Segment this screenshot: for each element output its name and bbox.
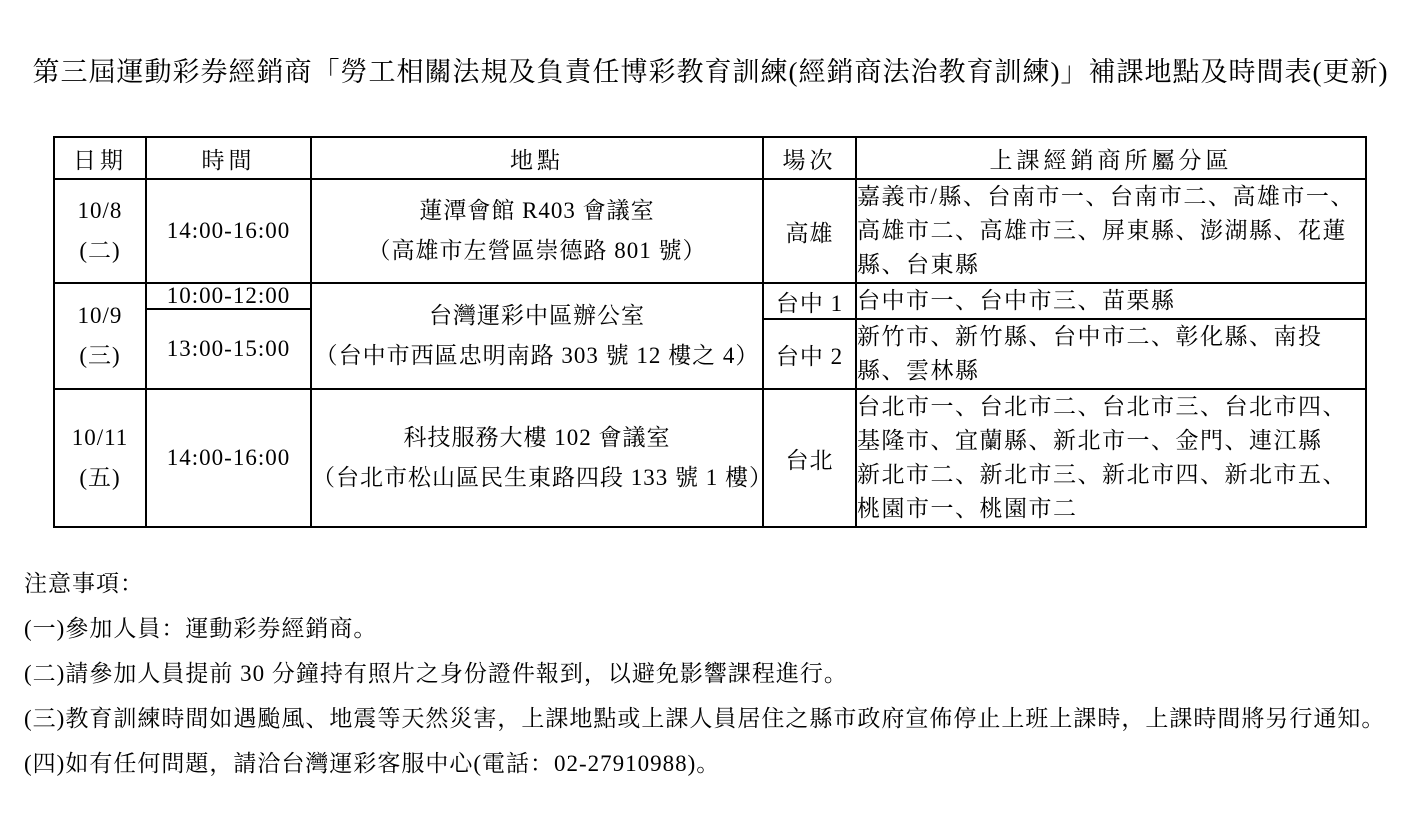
- session-cell-taichung-2: 台中 2: [763, 319, 856, 389]
- time-cell-taichung-1: 10:00-12:00: [146, 283, 311, 309]
- date-cell-taichung: 10/9 (三): [54, 283, 146, 389]
- session-cell-taichung-1: 台中 1: [763, 283, 856, 319]
- note-item-1: (一)參加人員：運動彩券經銷商。: [24, 606, 1385, 651]
- date-cell-kaohsiung: 10/8 (二): [54, 179, 146, 283]
- date-cell-taipei: 10/11 (五): [54, 389, 146, 527]
- districts-cell-taichung-1: 台中市一、台中市三、苗栗縣: [856, 283, 1366, 319]
- location-cell-taipei: 科技服務大樓 102 會議室 （台北市松山區民生東路四段 133 號 1 樓）: [311, 389, 763, 527]
- schedule-table: 日期 時間 地點 場次 上課經銷商所屬分區 10/8 (二) 14:00-16:…: [53, 136, 1367, 528]
- header-districts: 上課經銷商所屬分區: [856, 137, 1366, 179]
- document-page: 第三屆運動彩券經銷商「勞工相關法規及負責任博彩教育訓練(經銷商法治教育訓練)」補…: [0, 0, 1421, 813]
- districts-cell-taichung-2: 新竹市、新竹縣、台中市二、彰化縣、南投 縣、雲林縣: [856, 319, 1366, 389]
- notes-heading: 注意事項：: [24, 561, 1385, 606]
- table-header-row: 日期 時間 地點 場次 上課經銷商所屬分區: [54, 137, 1366, 179]
- session-cell-taipei: 台北: [763, 389, 856, 527]
- header-date: 日期: [54, 137, 146, 179]
- note-item-4: (四)如有任何問題，請洽台灣運彩客服中心(電話：02-27910988)。: [24, 741, 1385, 786]
- header-session: 場次: [763, 137, 856, 179]
- time-cell-kaohsiung: 14:00-16:00: [146, 179, 311, 283]
- header-time: 時間: [146, 137, 311, 179]
- schedule-table-wrapper: 日期 時間 地點 場次 上課經銷商所屬分區 10/8 (二) 14:00-16:…: [53, 136, 1367, 528]
- page-title: 第三屆運動彩券經銷商「勞工相關法規及負責任博彩教育訓練(經銷商法治教育訓練)」補…: [0, 50, 1421, 89]
- table-row-taipei: 10/11 (五) 14:00-16:00 科技服務大樓 102 會議室 （台北…: [54, 389, 1366, 527]
- note-item-2: (二)請參加人員提前 30 分鐘持有照片之身份證件報到，以避免影響課程進行。: [24, 651, 1385, 696]
- districts-cell-taipei: 台北市一、台北市二、台北市三、台北市四、 基隆市、宜蘭縣、新北市一、金門、連江縣…: [856, 389, 1366, 527]
- time-cell-taichung-2: 13:00-15:00: [146, 309, 311, 389]
- time-cell-taipei: 14:00-16:00: [146, 389, 311, 527]
- notes-section: 注意事項： (一)參加人員：運動彩券經銷商。 (二)請參加人員提前 30 分鐘持…: [24, 561, 1385, 786]
- session-cell-kaohsiung: 高雄: [763, 179, 856, 283]
- location-cell-taichung: 台灣運彩中區辦公室 （台中市西區忠明南路 303 號 12 樓之 4）: [311, 283, 763, 389]
- note-item-3: (三)教育訓練時間如遇颱風、地震等天然災害，上課地點或上課人員居住之縣市政府宣佈…: [24, 696, 1385, 741]
- table-row-kaohsiung: 10/8 (二) 14:00-16:00 蓮潭會館 R403 會議室 （高雄市左…: [54, 179, 1366, 283]
- districts-cell-kaohsiung: 嘉義市/縣、台南市一、台南市二、高雄市一、 高雄市二、高雄市三、屏東縣、澎湖縣、…: [856, 179, 1366, 283]
- location-cell-kaohsiung: 蓮潭會館 R403 會議室 （高雄市左營區崇德路 801 號）: [311, 179, 763, 283]
- table-row-taichung-1: 10/9 (三) 10:00-12:00 台灣運彩中區辦公室 （台中市西區忠明南…: [54, 283, 1366, 309]
- header-location: 地點: [311, 137, 763, 179]
